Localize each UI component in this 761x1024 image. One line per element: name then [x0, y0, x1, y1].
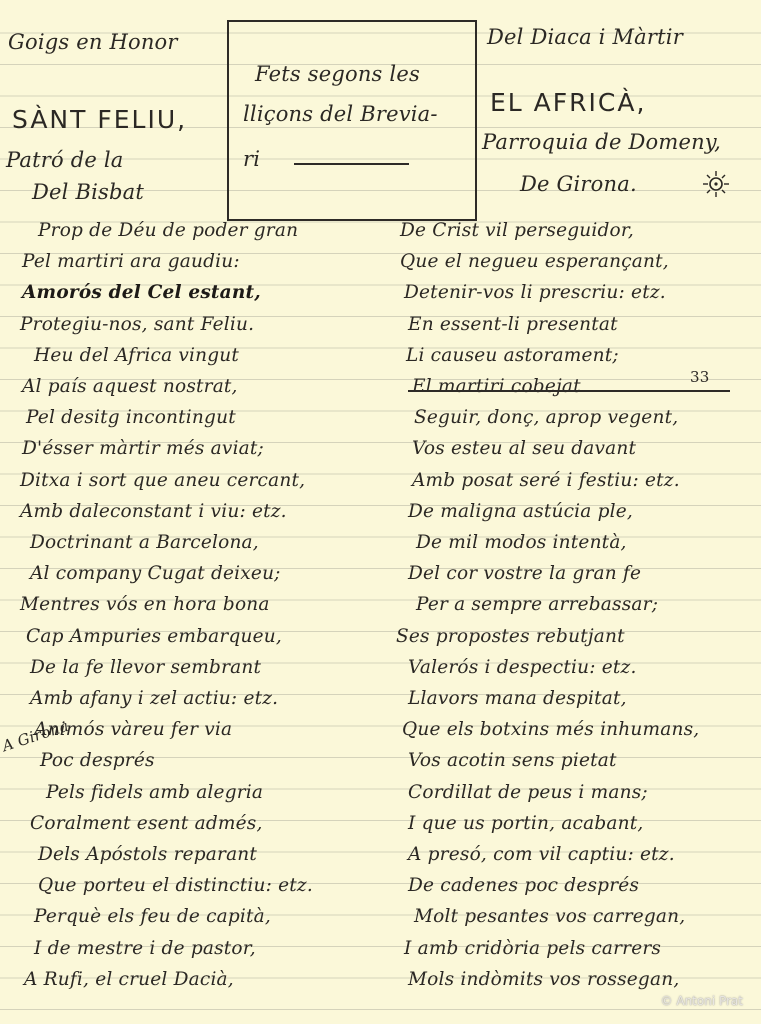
header-subtitle-line: De Girona. — [520, 172, 637, 196]
verse-line: Ses propostes rebutjant — [396, 626, 625, 647]
verse-line: Heu del Africa vingut — [34, 345, 239, 366]
verse-line: I de mestre i de pastor, — [34, 938, 256, 959]
verse-line: Doctrinant a Barcelona, — [30, 532, 259, 553]
verse-line: A presó, com vil captiu: etz. — [408, 844, 675, 865]
verse-line: De la fe llevor sembrant — [30, 657, 261, 678]
box-note-line: ri — [243, 147, 260, 171]
verse-line: Seguir, donç, aprop vegent, — [414, 407, 678, 428]
verse-line: Protegiu-nos, sant Feliu. — [20, 314, 254, 335]
verse-line: Vos esteu al seu davant — [412, 438, 636, 459]
verse-line: Llavors mana despitat, — [408, 688, 627, 709]
verse-line: Que porteu el distinctiu: etz. — [38, 875, 313, 896]
verse-line: Perquè els feu de capità, — [34, 906, 271, 927]
verse-line: Mentres vós en hora bona — [20, 594, 270, 615]
note-box: Fets segons les lliçons del Brevia- ri — [227, 20, 477, 221]
page-number: 33 — [690, 368, 710, 386]
box-note-line: lliçons del Brevia- — [243, 102, 438, 126]
verse-line: I amb cridòria pels carrers — [404, 938, 661, 959]
verse-line: Poc després — [40, 750, 155, 771]
verse-line: Al company Cugat deixeu; — [30, 563, 281, 584]
verse-line: Molt pesantes vos carregan, — [414, 906, 685, 927]
box-note-line: Fets segons les — [255, 62, 420, 86]
verse-line: Mols indòmits vos rossegan, — [408, 969, 679, 990]
header-title-line: Del Diaca i Màrtir — [487, 25, 683, 49]
verse-line: Per a sempre arrebassar; — [416, 594, 658, 615]
header-subtitle-line: Patró de la — [6, 148, 124, 172]
verse-line: A Rufi, el cruel Dacià, — [24, 969, 234, 990]
sun-ornament-icon — [700, 170, 732, 198]
verse-line: Li causeu astorament; — [406, 345, 619, 366]
verse-line: Pel desitg incontingut — [26, 407, 236, 428]
verse-line: Pels fidels amb alegria — [46, 782, 263, 803]
blank-line — [294, 163, 409, 165]
verse-line: Ditxa i sort que aneu cercant, — [20, 470, 305, 491]
verse-line: Al país aquest nostrat, — [22, 376, 238, 397]
verse-line: Cap Ampuries embarqueu, — [26, 626, 282, 647]
verse-line: I que us portin, acabant, — [408, 813, 643, 834]
verse-line: Valerós i despectiu: etz. — [408, 657, 637, 678]
verse-line: Del cor vostre la gran fe — [408, 563, 641, 584]
verse-line: De maligna astúcia ple, — [408, 501, 633, 522]
verse-line: Detenir-vos li prescriu: etz. — [404, 282, 666, 303]
header-title-line: Goigs en Honor — [8, 30, 178, 54]
header-subtitle-line: Del Bisbat — [32, 180, 144, 204]
verse-line: Que el negueu esperançant, — [400, 251, 669, 272]
verse-line: De Crist vil perseguidor, — [400, 220, 634, 241]
section-divider — [408, 390, 730, 392]
verse-line: Pel martiri ara gaudiu: — [22, 251, 240, 272]
verse-line: Coralment esent admés, — [30, 813, 263, 834]
verse-line: Amb daleconstant i viu: etz. — [20, 501, 287, 522]
verse-line: Prop de Déu de poder gran — [38, 220, 298, 241]
verse-line: Amb posat seré i festiu: etz. — [412, 470, 680, 491]
verse-line: Que els botxins més inhumans, — [402, 719, 699, 740]
copyright-watermark: © Antoni Prat — [661, 994, 743, 1008]
verse-line: En essent-li presentat — [408, 314, 618, 335]
verse-line: De cadenes poc després — [408, 875, 639, 896]
verse-line: Amorós del Cel estant, — [22, 282, 261, 303]
verse-line: Dels Apóstols reparant — [38, 844, 257, 865]
verse-line: De mil modos intentà, — [416, 532, 627, 553]
saint-name-heading: SÀNT FELIU, — [12, 105, 187, 134]
header-subtitle-line: Parroquia de Domeny, — [482, 130, 721, 154]
verse-line: El martiri cobejat — [412, 376, 581, 397]
verse-line: Cordillat de peus i mans; — [408, 782, 648, 803]
saint-epithet-heading: EL AFRICÀ, — [490, 88, 646, 117]
verse-line: D'ésser màrtir més aviat; — [22, 438, 264, 459]
verse-line: Amb afany i zel actiu: etz. — [30, 688, 278, 709]
verse-line: Vos acotin sens pietat — [408, 750, 617, 771]
